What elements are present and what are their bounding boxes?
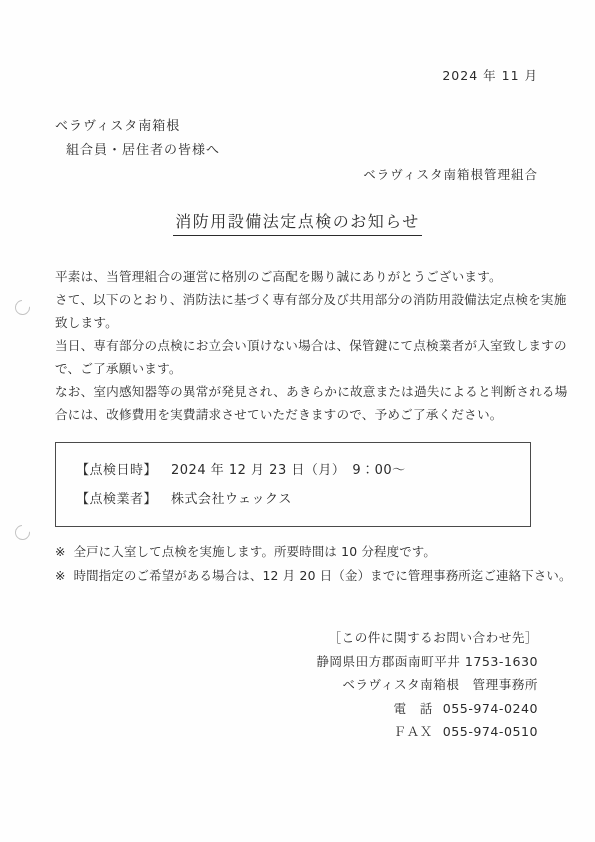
punch-hole-mark	[12, 297, 33, 318]
note-line: ※全戸に入室して点検を実施します。所要時間は 10 分程度です。	[55, 540, 555, 564]
contact-tel-line: 電 話055-974-0240	[316, 697, 538, 721]
fax-label: ＦＡＸ	[394, 724, 433, 739]
note-marker: ※	[55, 568, 66, 583]
issue-date: 2024 年 11 月	[442, 66, 538, 84]
addressee-building-name: ベラヴィスタ南箱根	[55, 115, 180, 134]
inspection-datetime-value: 2024 年 12 月 23 日（月） 9：00～	[171, 463, 406, 478]
note-line: ※時間指定のご希望がある場合は、12 月 20 日（金）までに管理事務所迄ご連絡…	[55, 564, 555, 588]
body-paragraphs: 平素は、当管理組合の運営に格別のご高配を賜り誠にありがとうございます。 さて、以…	[55, 265, 547, 426]
tel-label: 電 話	[394, 701, 433, 716]
body-line: で、ご了承願います。	[55, 357, 547, 380]
body-line: 致します。	[55, 311, 547, 334]
inspection-datetime-label: 【点検日時】	[76, 463, 157, 478]
fax-number: 055-974-0510	[443, 724, 538, 739]
body-line: 合には、改修費用を実費請求させていただきますので、予めご了承ください。	[55, 403, 547, 426]
inspection-info-box: 【点検日時】2024 年 12 月 23 日（月） 9：00～ 【点検業者】株式…	[55, 442, 531, 527]
contact-header: ［この件に関するお問い合わせ先］	[316, 626, 538, 650]
inspection-contractor-label: 【点検業者】	[76, 492, 157, 507]
contact-office-name: ベラヴィスタ南箱根 管理事務所	[316, 673, 538, 697]
notes-section: ※全戸に入室して点検を実施します。所要時間は 10 分程度です。 ※時間指定のご…	[55, 540, 555, 587]
body-line: 平素は、当管理組合の運営に格別のご高配を賜り誠にありがとうございます。	[55, 265, 547, 288]
note-text: 時間指定のご希望がある場合は、12 月 20 日（金）までに管理事務所迄ご連絡下…	[74, 568, 572, 583]
tel-number: 055-974-0240	[443, 701, 538, 716]
inspection-contractor-row: 【点検業者】株式会社ウェックス	[76, 485, 530, 514]
sender-association: ベラヴィスタ南箱根管理組合	[363, 165, 538, 183]
contact-block: ［この件に関するお問い合わせ先］ 静岡県田方郡函南町平井 1753-1630 ベ…	[316, 626, 538, 744]
note-marker: ※	[55, 544, 66, 559]
inspection-contractor-value: 株式会社ウェックス	[171, 492, 292, 507]
document-page: 2024 年 11 月 ベラヴィスタ南箱根 組合員・居住者の皆様へ ベラヴィスタ…	[0, 0, 595, 842]
document-title: 消防用設備法定点検のお知らせ	[0, 209, 595, 236]
document-title-text: 消防用設備法定点検のお知らせ	[173, 209, 422, 236]
contact-address: 静岡県田方郡函南町平井 1753-1630	[316, 650, 538, 674]
body-line: 当日、専有部分の点検にお立会い頂けない場合は、保管鍵にて点検業者が入室致しますの	[55, 334, 547, 357]
body-line: なお、室内感知器等の異常が発見され、あきらかに故意または過失によると判断される場	[55, 380, 547, 403]
inspection-datetime-row: 【点検日時】2024 年 12 月 23 日（月） 9：00～	[76, 456, 530, 485]
punch-hole-mark	[12, 522, 33, 543]
note-text: 全戸に入室して点検を実施します。所要時間は 10 分程度です。	[74, 544, 436, 559]
contact-fax-line: ＦＡＸ055-974-0510	[316, 720, 538, 744]
addressee-residents: 組合員・居住者の皆様へ	[66, 139, 220, 158]
body-line: さて、以下のとおり、消防法に基づく専有部分及び共用部分の消防用設備法定点検を実施	[55, 288, 547, 311]
